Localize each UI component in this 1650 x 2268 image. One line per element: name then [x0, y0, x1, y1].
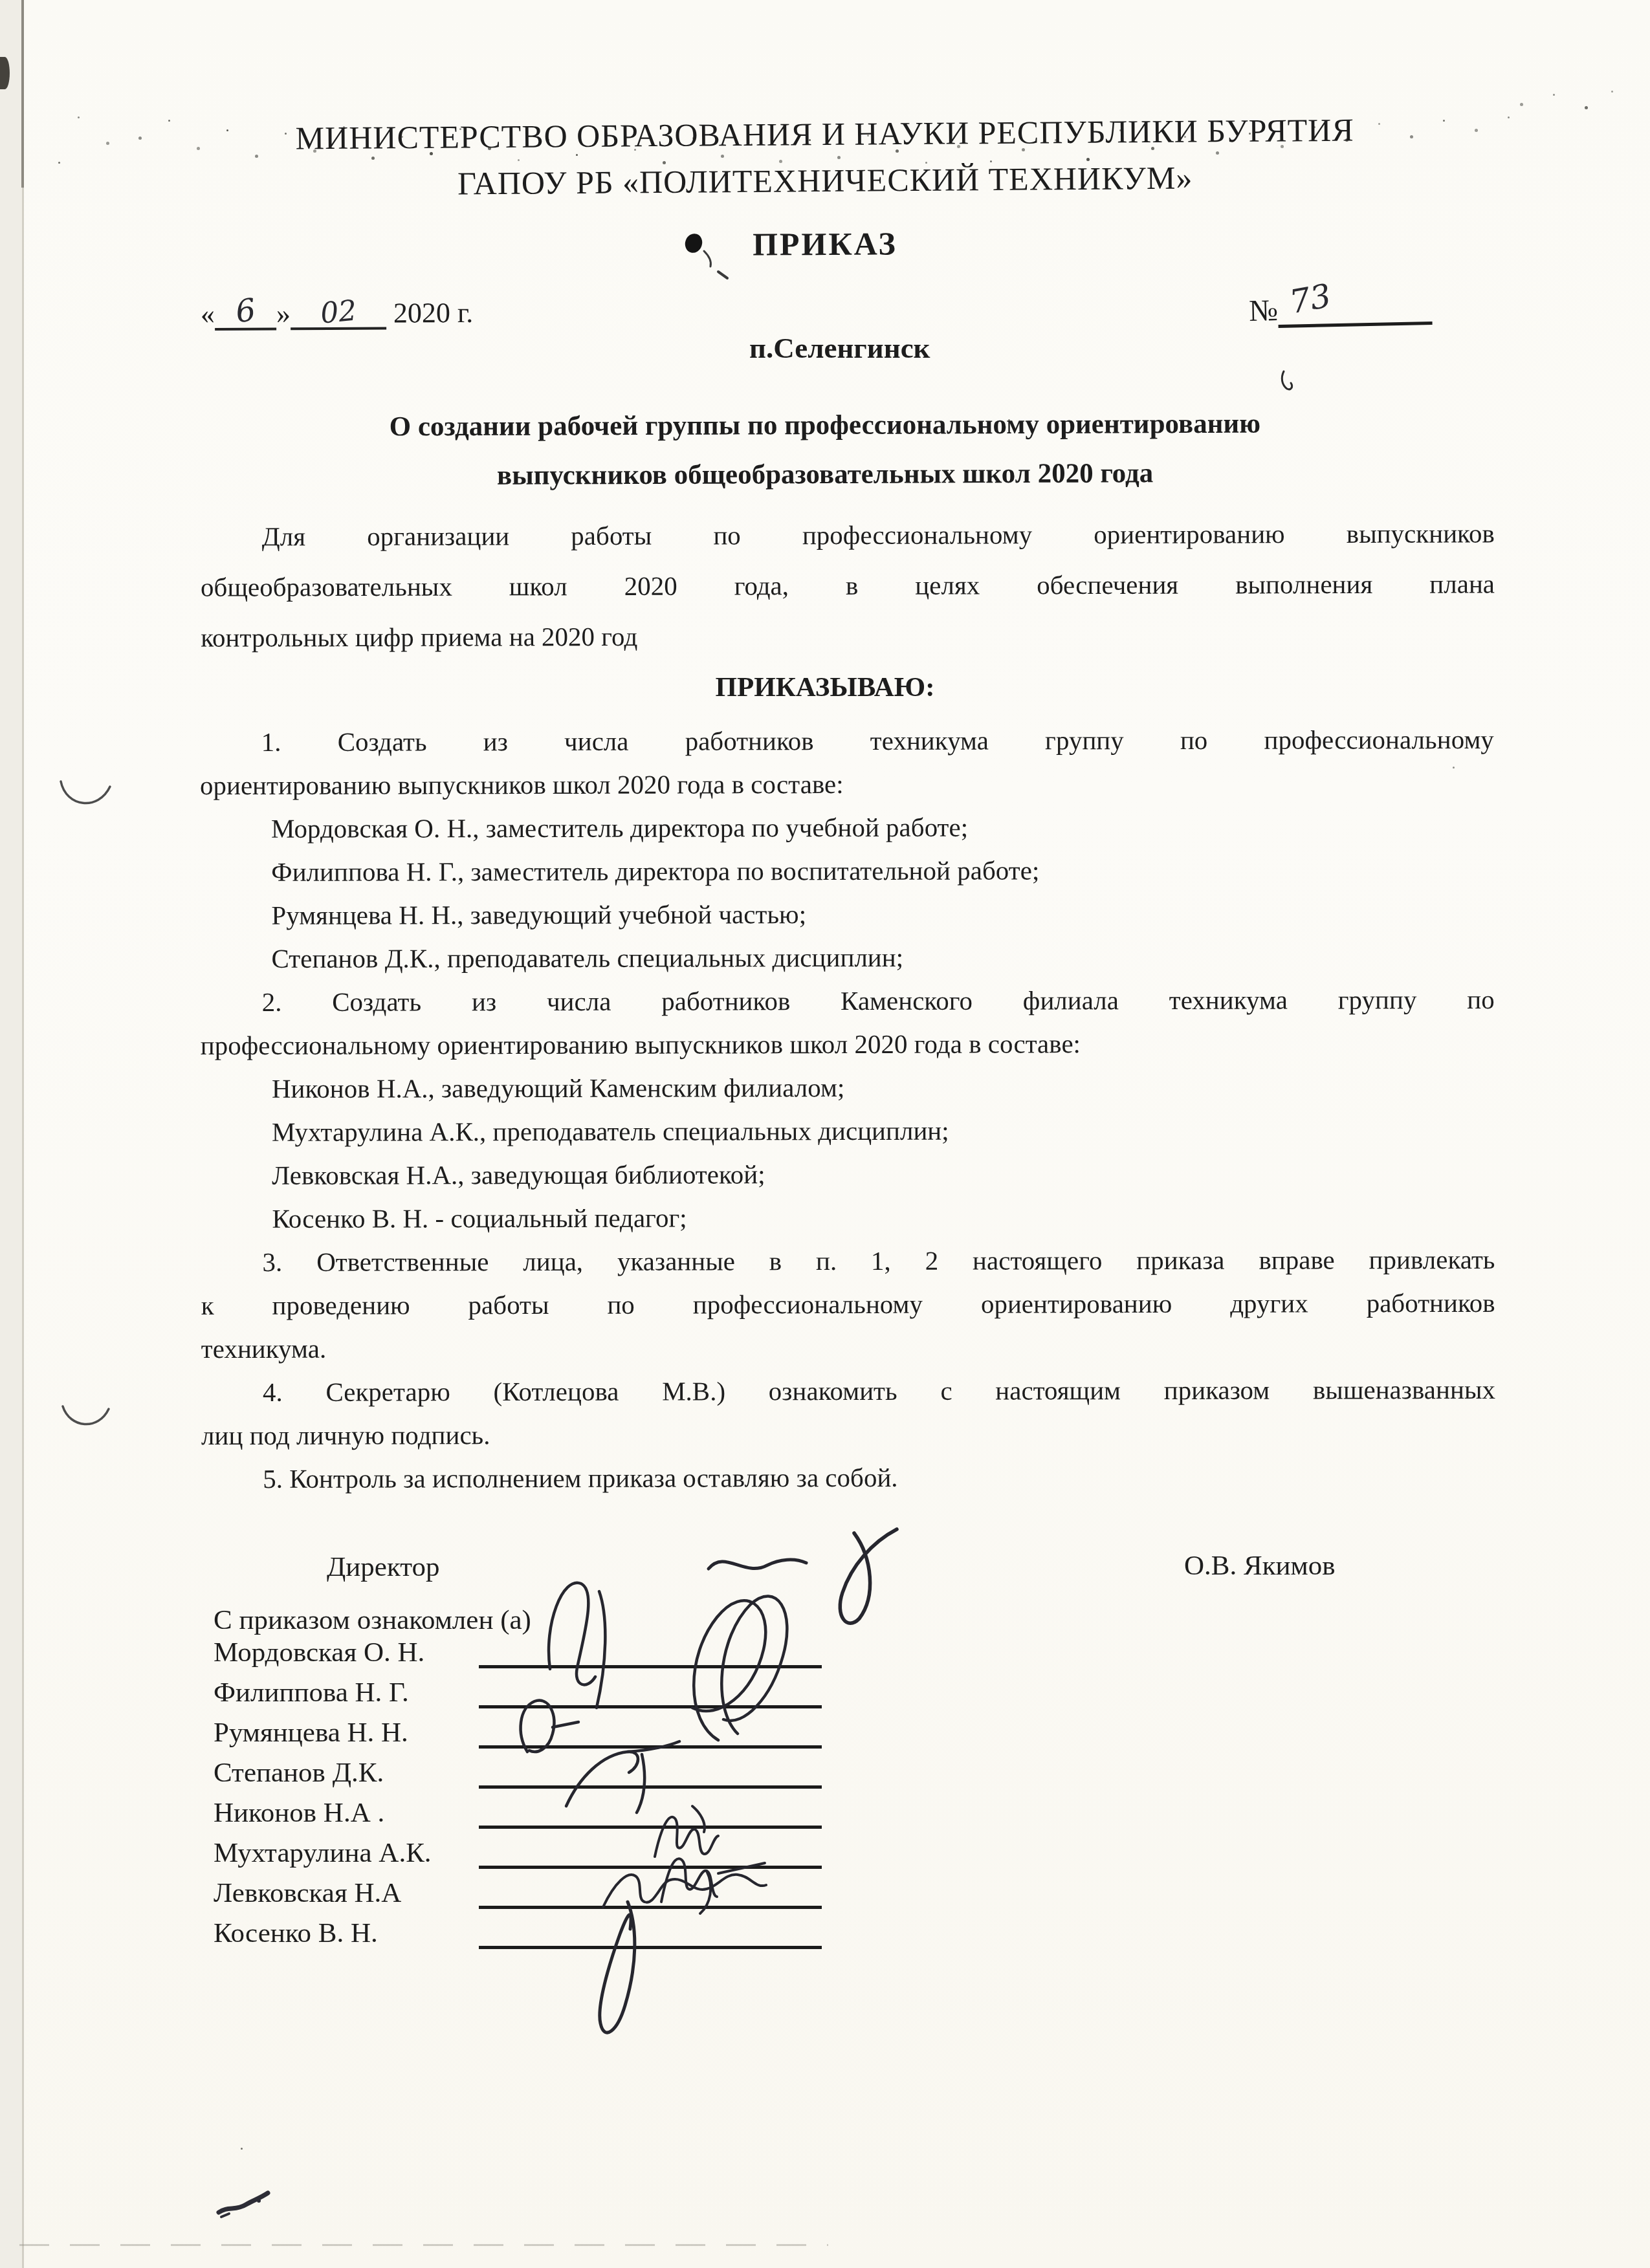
date-quote-open: «	[201, 298, 215, 330]
item3-line2: к проведению работы по профессиональному…	[201, 1281, 1495, 1327]
scan-edge-line	[22, 0, 24, 2268]
item1-line2: ориентированию выпускников школ 2020 год…	[200, 761, 1494, 807]
intro-line2: общеобразовательных школ 2020 года, в це…	[201, 558, 1495, 612]
item3-line3: техникума.	[201, 1325, 1495, 1371]
scan-edge-strip	[0, 0, 22, 2268]
stray-arc-mark-2	[60, 1402, 113, 1436]
command-word: ПРИКАЗЫВАЮ:	[178, 671, 1472, 703]
item1-member-3: Румянцева Н. Н., заведующий учебной част…	[200, 891, 1494, 937]
place-name: п.Селенгинск	[749, 331, 930, 365]
director-name: О.В. Якимов	[1184, 1550, 1336, 1582]
ack-name: Степанов Д.К.	[214, 1758, 384, 1788]
date-year: 2020 г.	[393, 297, 473, 329]
item1-member-1: Мордовская О. Н., заместитель директора …	[200, 805, 1494, 851]
item2-line2: профессиональному ориентированию выпускн…	[201, 1021, 1495, 1067]
ack-name: Филиппова Н. Г.	[214, 1677, 409, 1708]
ack-name: Мухтарулина А.К.	[214, 1838, 432, 1868]
doc-type-title: ПРИКАЗ	[178, 222, 1472, 266]
ack-name: Мордовская О. Н.	[214, 1637, 424, 1668]
item1-member-2: Филиппова Н. Г., заместитель директора п…	[200, 848, 1494, 894]
scan-noise-speckles	[0, 0, 2, 2]
handwritten-signatures	[414, 1514, 996, 2057]
ack-name: Косенко В. Н.	[214, 1918, 378, 1948]
ack-name: Румянцева Н. Н.	[214, 1717, 408, 1748]
number-sign: №	[1249, 294, 1279, 328]
item1-line1: 1. Создать из числа работников техникума…	[200, 718, 1494, 764]
item4-line2: лиц под личную подпись.	[201, 1412, 1495, 1457]
date-day-handwritten: 6	[234, 292, 258, 330]
order-title-line1: О создании рабочей группы по профессиона…	[178, 399, 1472, 453]
scan-edge-line-dark	[21, 0, 24, 188]
item3-line1: 3. Ответственные лица, указанные в п. 1,…	[201, 1238, 1495, 1284]
number-handwritten: 73	[1286, 277, 1334, 321]
item5-line: 5. Контроль за исполнением приказа остав…	[201, 1455, 1495, 1501]
bottom-ink-smudge	[214, 2186, 275, 2220]
institution-name: ГАПОУ РБ «ПОЛИТЕХНИЧЕСКИЙ ТЕХНИКУМ»	[178, 155, 1472, 206]
ack-name: Никонов Н.А .	[214, 1798, 384, 1828]
order-body: 1. Создать из числа работников техникума…	[200, 718, 1496, 1501]
number-blank: 73	[1277, 284, 1432, 328]
small-ink-mark	[1278, 369, 1295, 393]
order-number: №73	[1248, 284, 1432, 329]
scan-edge-blot	[0, 57, 10, 89]
intro-paragraph: Для организации работы по профессиональн…	[201, 508, 1495, 662]
item2-member-1: Никонов Н.А., заведующий Каменским филиа…	[201, 1065, 1495, 1111]
order-title-line2: выпускников общеобразовательных школ 202…	[178, 448, 1472, 502]
order-title: О создании рабочей группы по профессиона…	[178, 399, 1473, 502]
letterhead: МИНИСТЕРСТВО ОБРАЗОВАНИЯ И НАУКИ РЕСПУБЛ…	[177, 109, 1472, 212]
date-line: «6»02 2020 г.	[201, 290, 473, 331]
item2-member-2: Мухтарулина А.К., преподаватель специаль…	[201, 1108, 1495, 1154]
stray-arc-mark-1	[57, 776, 115, 818]
scan-bottom-dashes	[19, 2244, 828, 2246]
date-month-blank: 02	[291, 294, 386, 331]
item1-member-4: Степанов Д.К., преподаватель специальных…	[200, 935, 1494, 981]
intro-line1: Для организации работы по профессиональн…	[201, 508, 1495, 562]
item2-line1: 2. Создать из числа работников Каменског…	[201, 978, 1495, 1024]
date-day-blank: 6	[215, 291, 276, 330]
item2-member-4: Косенко В. Н. - социальный педагог;	[201, 1195, 1495, 1241]
item2-member-3: Левковская Н.А., заведующая библиотекой;	[201, 1151, 1495, 1197]
date-quote-close: »	[276, 298, 291, 329]
date-month-handwritten: 02	[319, 294, 358, 331]
ministry-name: МИНИСТЕРСТВО ОБРАЗОВАНИЯ И НАУКИ РЕСПУБЛ…	[177, 109, 1471, 159]
item4-line1: 4. Секретарю (Котлецова М.В.) ознакомить…	[201, 1368, 1495, 1414]
intro-line3: контрольных цифр приема на 2020 год	[201, 609, 1495, 662]
scanned-order-document: МИНИСТЕРСТВО ОБРАЗОВАНИЯ И НАУКИ РЕСПУБЛ…	[0, 0, 1650, 2268]
ack-name: Левковская Н.А	[214, 1878, 401, 1908]
